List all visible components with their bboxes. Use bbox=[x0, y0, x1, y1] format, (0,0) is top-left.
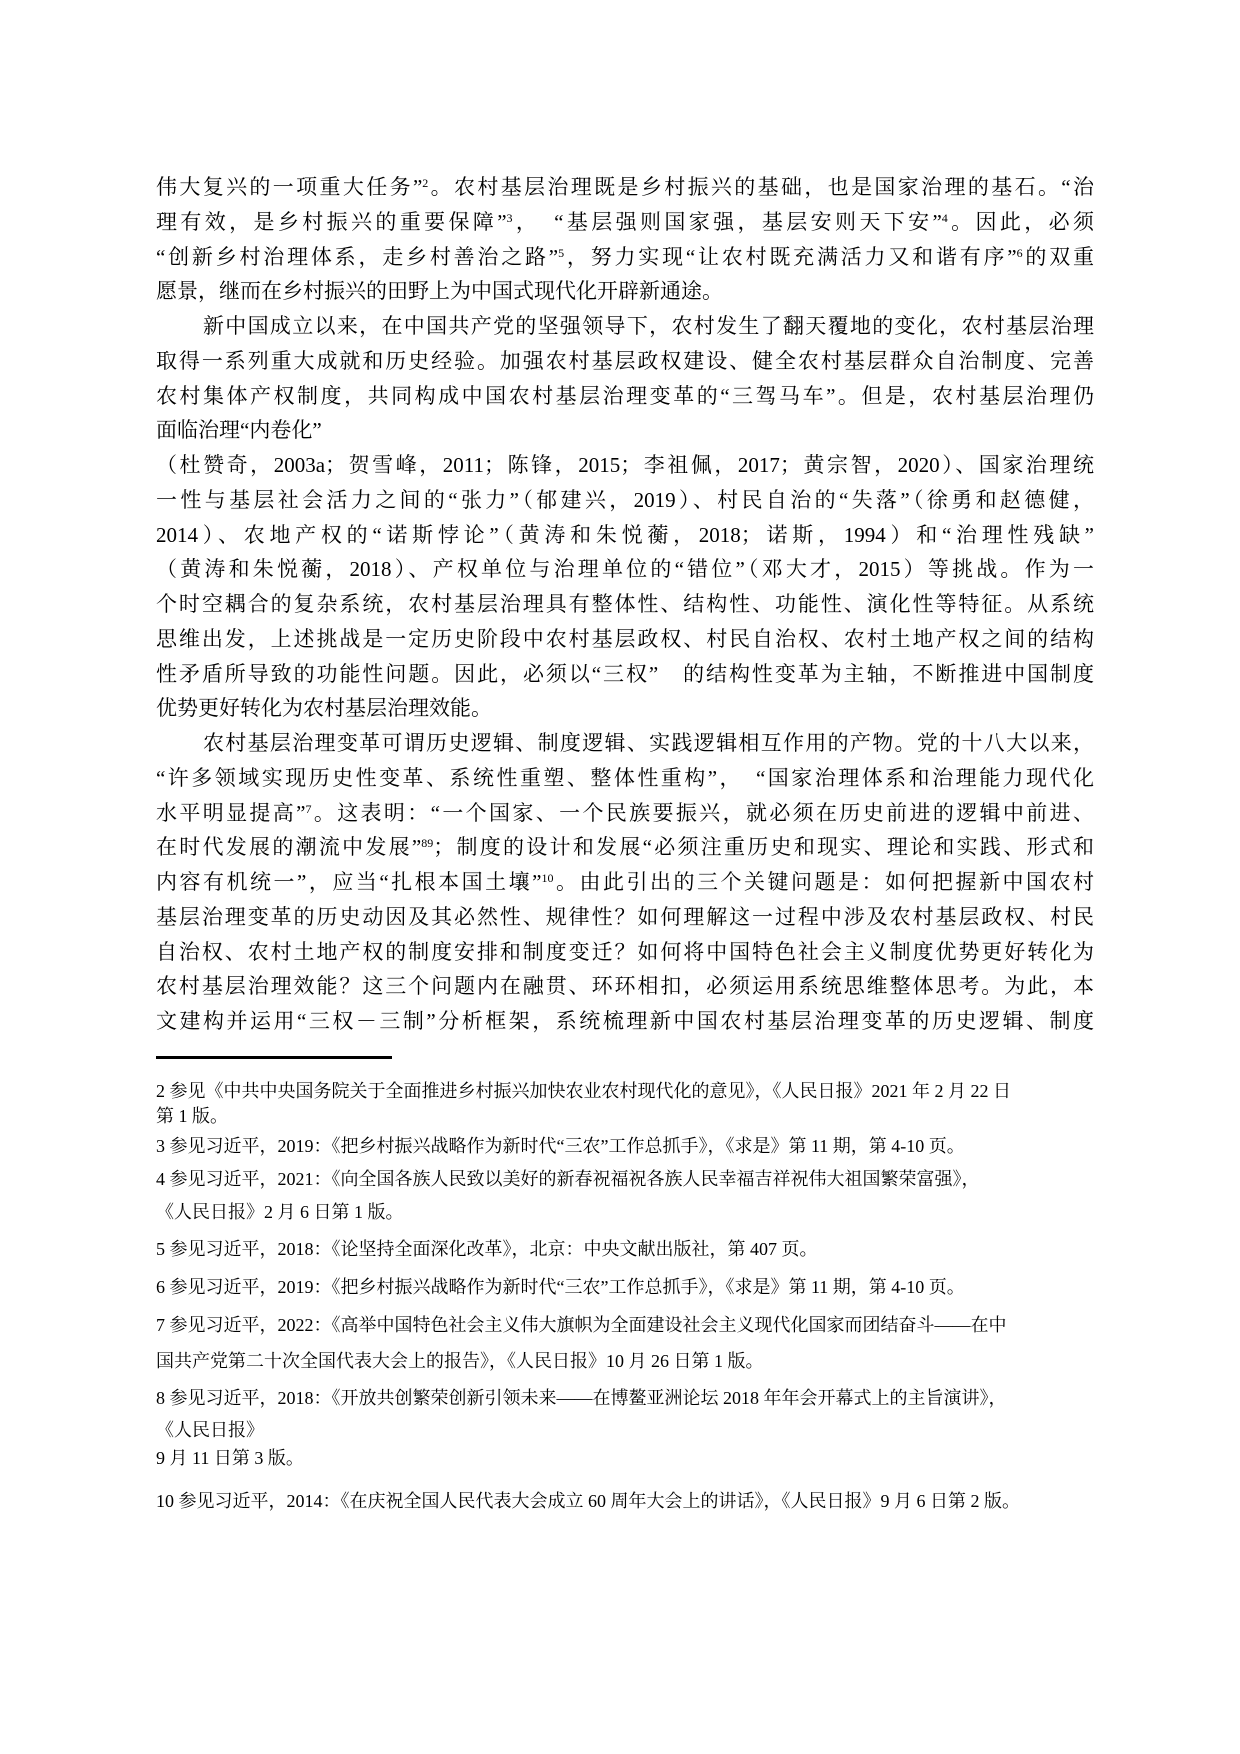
body-line: 面临治理“内卷化” bbox=[156, 413, 1094, 448]
footnote-line: 《人民日报》 bbox=[156, 1418, 1116, 1443]
footnote-line: 第 1 版。 bbox=[156, 1104, 1116, 1129]
footnote-separator bbox=[156, 1056, 392, 1059]
footnote-ref: 7 bbox=[305, 802, 311, 816]
body-line: 取得一系列重大成就和历史经验。加强农村基层政权建设、健全农村基层群众自治制度、完… bbox=[156, 344, 1094, 379]
footnote-line: 7 参见习近平，2022：《高举中国特色社会主义伟大旗帜为全面建设社会主义现代化… bbox=[156, 1313, 1116, 1338]
document-page: 伟大复兴的一项重大任务”2。农村基层治理既是乡村振兴的基础，也是国家治理的基石。… bbox=[0, 0, 1240, 1754]
footnotes: 2 参见《中共中央国务院关于全面推进乡村振兴加快农业农村现代化的意见》，《人民日… bbox=[156, 1072, 1116, 1514]
body-line: “许多领域实现历史性变革、系统性重塑、整体性重构”， “国家治理体系和治理能力现… bbox=[156, 761, 1094, 796]
footnote-line: 9 月 11 日第 3 版。 bbox=[156, 1446, 1116, 1471]
footnote-line: 6 参见习近平，2019：《把乡村振兴战略作为新时代“三农”工作总抓手》，《求是… bbox=[156, 1275, 1116, 1300]
body-line: 农村基层治理效能？这三个问题内在融贯、环环相扣，必须运用系统思维整体思考。为此，… bbox=[156, 969, 1094, 1004]
body-line: 农村集体产权制度，共同构成中国农村基层治理变革的“三驾马车”。但是，农村基层治理… bbox=[156, 379, 1094, 414]
body-line: 水平明显提高”7。这表明：“一个国家、一个民族要振兴，就必须在历史前进的逻辑中前… bbox=[156, 796, 1094, 831]
footnote-line: 5 参见习近平，2018：《论坚持全面深化改革》，北京：中央文献出版社，第 40… bbox=[156, 1237, 1116, 1262]
body-line: 新中国成立以来，在中国共产党的坚强领导下，农村发生了翻天覆地的变化，农村基层治理 bbox=[156, 309, 1094, 344]
body-line: 在时代发展的潮流中发展”89；制度的设计和发展“必须注重历史和现实、理论和实践、… bbox=[156, 830, 1094, 865]
footnote-line: 10 参见习近平，2014：《在庆祝全国人民代表大会成立 60 周年大会上的讲话… bbox=[156, 1489, 1116, 1514]
body-line: 思维出发，上述挑战是一定历史阶段中农村基层政权、村民自治权、农村土地产权之间的结… bbox=[156, 622, 1094, 657]
body-line: 内容有机统一”，应当“扎根本国土壤”10。由此引出的三个关键问题是：如何把握新中… bbox=[156, 865, 1094, 900]
body-line: “创新乡村治理体系，走乡村善治之路”5，努力实现“让农村既充满活力又和谐有序”6… bbox=[156, 240, 1094, 275]
footnote-line: 4 参见习近平，2021：《向全国各族人民致以美好的新春祝福祝各族人民幸福吉祥祝… bbox=[156, 1167, 1116, 1192]
body-line: 性矛盾所导致的功能性问题。因此，必须以“三权” 的结构性变革为主轴，不断推进中国… bbox=[156, 657, 1094, 692]
body-line: 愿景，继而在乡村振兴的田野上为中国式现代化开辟新通途。 bbox=[156, 274, 1094, 309]
body-line: 文建构并运用“三权－三制”分析框架，系统梳理新中国农村基层治理变革的历史逻辑、制… bbox=[156, 1004, 1094, 1039]
footnote-ref: 6 bbox=[1017, 246, 1023, 260]
body-line: （黄涛和朱悦蘅，2018）、产权单位与治理单位的“错位”（邓大才，2015）等挑… bbox=[156, 552, 1094, 587]
body-line: 一性与基层社会活力之间的“张力”（郁建兴，2019）、村民自治的“失落”（徐勇和… bbox=[156, 483, 1094, 518]
footnote-line: 8 参见习近平，2018：《开放共创繁荣创新引领未来——在博鳌亚洲论坛 2018… bbox=[156, 1386, 1116, 1411]
body-line: 2014）、农地产权的“诺斯悖论”（黄涛和朱悦蘅，2018；诺斯，1994）和“… bbox=[156, 518, 1094, 553]
footnote-ref: 2 bbox=[422, 176, 428, 190]
body-line: （杜赞奇，2003a；贺雪峰，2011；陈锋，2015；李祖佩，2017；黄宗智… bbox=[156, 448, 1094, 483]
footnote-ref: 5 bbox=[558, 246, 564, 260]
footnote-ref: 10 bbox=[541, 871, 553, 885]
body-text: 伟大复兴的一项重大任务”2。农村基层治理既是乡村振兴的基础，也是国家治理的基石。… bbox=[156, 170, 1094, 1039]
footnote-line: 3 参见习近平，2019：《把乡村振兴战略作为新时代“三农”工作总抓手》，《求是… bbox=[156, 1134, 1116, 1159]
footnote-line: 《人民日报》2 月 6 日第 1 版。 bbox=[156, 1200, 1116, 1225]
body-line: 自治权、农村土地产权的制度安排和制度变迁？如何将中国特色社会主义制度优势更好转化… bbox=[156, 935, 1094, 970]
footnote-ref: 89 bbox=[421, 836, 433, 850]
body-line: 优势更好转化为农村基层治理效能。 bbox=[156, 691, 1094, 726]
footnote-ref: 4 bbox=[942, 211, 948, 225]
body-line: 个时空耦合的复杂系统，农村基层治理具有整体性、结构性、功能性、演化性等特征。从系… bbox=[156, 587, 1094, 622]
footnote-line: 2 参见《中共中央国务院关于全面推进乡村振兴加快农业农村现代化的意见》，《人民日… bbox=[156, 1079, 1116, 1104]
body-line: 农村基层治理变革可谓历史逻辑、制度逻辑、实践逻辑相互作用的产物。党的十八大以来， bbox=[156, 726, 1094, 761]
footnote-ref: 3 bbox=[507, 211, 513, 225]
body-line: 基层治理变革的历史动因及其必然性、规律性？如何理解这一过程中涉及农村基层政权、村… bbox=[156, 900, 1094, 935]
body-line: 理有效，是乡村振兴的重要保障”3， “基层强则国家强，基层安则天下安”4。因此，… bbox=[156, 205, 1094, 240]
body-line: 伟大复兴的一项重大任务”2。农村基层治理既是乡村振兴的基础，也是国家治理的基石。… bbox=[156, 170, 1094, 205]
footnote-line: 国共产党第二十次全国代表大会上的报告》，《人民日报》10 月 26 日第 1 版… bbox=[156, 1349, 1116, 1374]
